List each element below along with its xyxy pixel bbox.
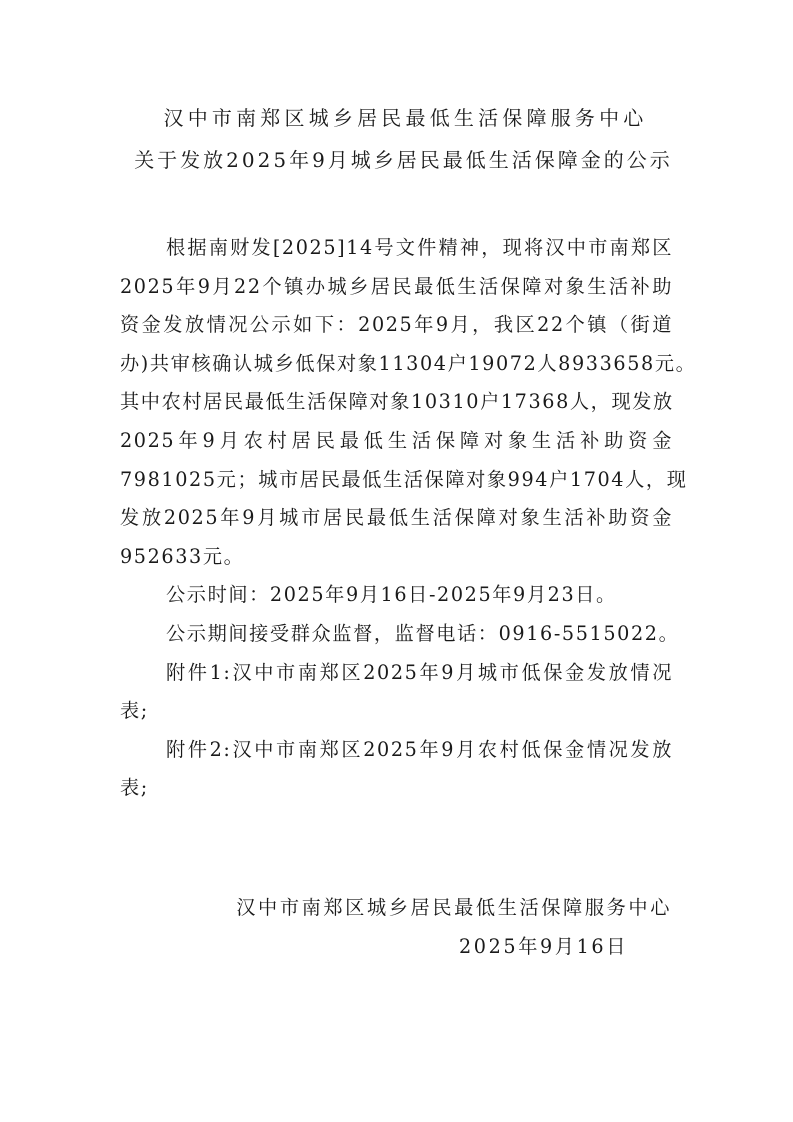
period-text: 公示时间：2025年9月16日-2025年9月23日。 bbox=[120, 576, 673, 615]
main-paragraph-line: 7981025元；城市居民最低生活保障对象994户1704人，现 bbox=[120, 461, 673, 500]
document-page: 汉中市南郑区城乡居民最低生活保障服务中心 关于发放2025年9月城乡居民最低生活… bbox=[0, 0, 793, 1122]
document-body: 根据南财发[2025]14号文件精神，现将汉中市南郑区 2025年9月22个镇办… bbox=[120, 229, 673, 808]
main-paragraph-line: 发放2025年9月城市居民最低生活保障对象生活补助资金 bbox=[120, 499, 673, 538]
attachment-2-line: 附件2:汉中市南郑区2025年9月农村低保金情况发放 bbox=[120, 731, 673, 770]
supervision-paragraph: 公示期间接受群众监督，监督电话：0916-5515022。 bbox=[120, 615, 673, 654]
attachment-2-line: 表; bbox=[120, 769, 673, 808]
period-paragraph: 公示时间：2025年9月16日-2025年9月23日。 bbox=[120, 576, 673, 615]
main-paragraph-line: 2025年9月22个镇办城乡居民最低生活保障对象生活补助 bbox=[120, 268, 673, 307]
signature-date: 2025年9月16日 bbox=[459, 932, 628, 962]
attachment-1-line: 表; bbox=[120, 692, 673, 731]
main-paragraph-line: 2025年9月农村居民最低生活保障对象生活补助资金 bbox=[120, 422, 673, 461]
attachment-1-line: 附件1:汉中市南郑区2025年9月城市低保金发放情况 bbox=[120, 654, 673, 693]
main-paragraph-line: 952633元。 bbox=[120, 538, 673, 577]
main-paragraph: 根据南财发[2025]14号文件精神，现将汉中市南郑区 2025年9月22个镇办… bbox=[120, 229, 673, 576]
supervision-hotline-text: 公示期间接受群众监督，监督电话：0916-5515022。 bbox=[120, 615, 673, 654]
attachment-1-paragraph: 附件1:汉中市南郑区2025年9月城市低保金发放情况 表; bbox=[120, 654, 673, 731]
main-paragraph-line: 办)共审核确认城乡低保对象11304户19072人8933658元。 bbox=[120, 345, 673, 384]
main-paragraph-line: 其中农村居民最低生活保障对象10310户17368人，现发放 bbox=[120, 383, 673, 422]
attachment-2-paragraph: 附件2:汉中市南郑区2025年9月农村低保金情况发放 表; bbox=[120, 731, 673, 808]
main-paragraph-line: 资金发放情况公示如下：2025年9月，我区22个镇（街道 bbox=[120, 306, 673, 345]
document-title-line-1: 汉中市南郑区城乡居民最低生活保障服务中心 bbox=[0, 104, 793, 132]
main-paragraph-line: 根据南财发[2025]14号文件精神，现将汉中市南郑区 bbox=[120, 229, 673, 268]
document-title-line-2: 关于发放2025年9月城乡居民最低生活保障金的公示 bbox=[0, 146, 793, 174]
signature-organization: 汉中市南郑区城乡居民最低生活保障服务中心 bbox=[236, 893, 672, 923]
